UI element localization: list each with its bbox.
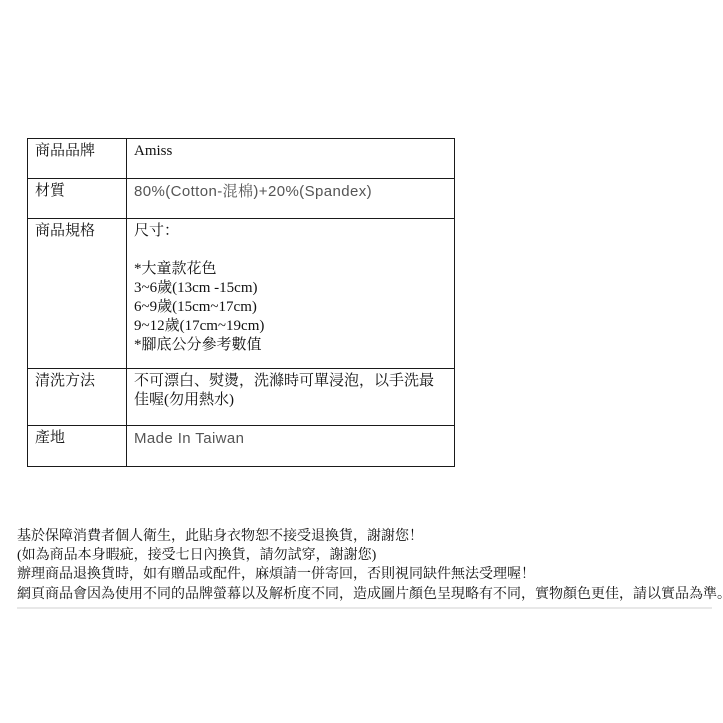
spec-label-washing: 清洗方法	[28, 369, 127, 426]
table-row-specs: 商品規格 尺寸： *大童款花色3~6歲(13cm -15cm)6~9歲(15cm…	[28, 219, 455, 369]
note-line-color-disclaimer: 網頁商品會因為使用不同的品牌螢幕以及解析度不同，造成圖片顏色呈現略有不同，實物顏…	[17, 585, 715, 604]
note-line-return: 辦理商品退換貨時，如有贈品或配件，麻煩請一併寄回，否則視同缺件無法受理喔！	[17, 565, 715, 584]
note-line-defect: (如為商品本身暇疵，接受七日內換貨，請勿試穿，謝謝您)	[17, 546, 715, 565]
table-row-washing: 清洗方法 不可漂白、熨燙，洗滌時可單浸泡，以手洗最佳喔(勿用熱水)	[28, 369, 455, 426]
note-line-hygiene: 基於保障消費者個人衛生，此貼身衣物恕不接受退換貨，謝謝您！	[17, 527, 715, 546]
product-description-page: 商品品牌 Amiss 材質 80%(Cotton-混棉)+20%(Spandex…	[0, 0, 723, 723]
spec-value-origin: Made In Taiwan	[127, 426, 455, 467]
spec-label-material: 材質	[28, 179, 127, 219]
spec-value-brand: Amiss	[127, 139, 455, 179]
notes-section: 基於保障消費者個人衛生，此貼身衣物恕不接受退換貨，謝謝您！ (如為商品本身暇疵，…	[17, 527, 715, 604]
spec-label-specs: 商品規格	[28, 219, 127, 369]
bottom-divider	[17, 607, 712, 609]
spec-label-origin: 產地	[28, 426, 127, 467]
spec-value-washing: 不可漂白、熨燙，洗滌時可單浸泡，以手洗最佳喔(勿用熱水)	[127, 369, 455, 426]
spec-label-brand: 商品品牌	[28, 139, 127, 179]
spec-value-material: 80%(Cotton-混棉)+20%(Spandex)	[127, 179, 455, 219]
product-spec-table: 商品品牌 Amiss 材質 80%(Cotton-混棉)+20%(Spandex…	[27, 138, 455, 467]
table-row-brand: 商品品牌 Amiss	[28, 139, 455, 179]
spec-value-specs: 尺寸： *大童款花色3~6歲(13cm -15cm)6~9歲(15cm~17cm…	[127, 219, 455, 369]
table-row-origin: 產地 Made In Taiwan	[28, 426, 455, 467]
table-row-material: 材質 80%(Cotton-混棉)+20%(Spandex)	[28, 179, 455, 219]
